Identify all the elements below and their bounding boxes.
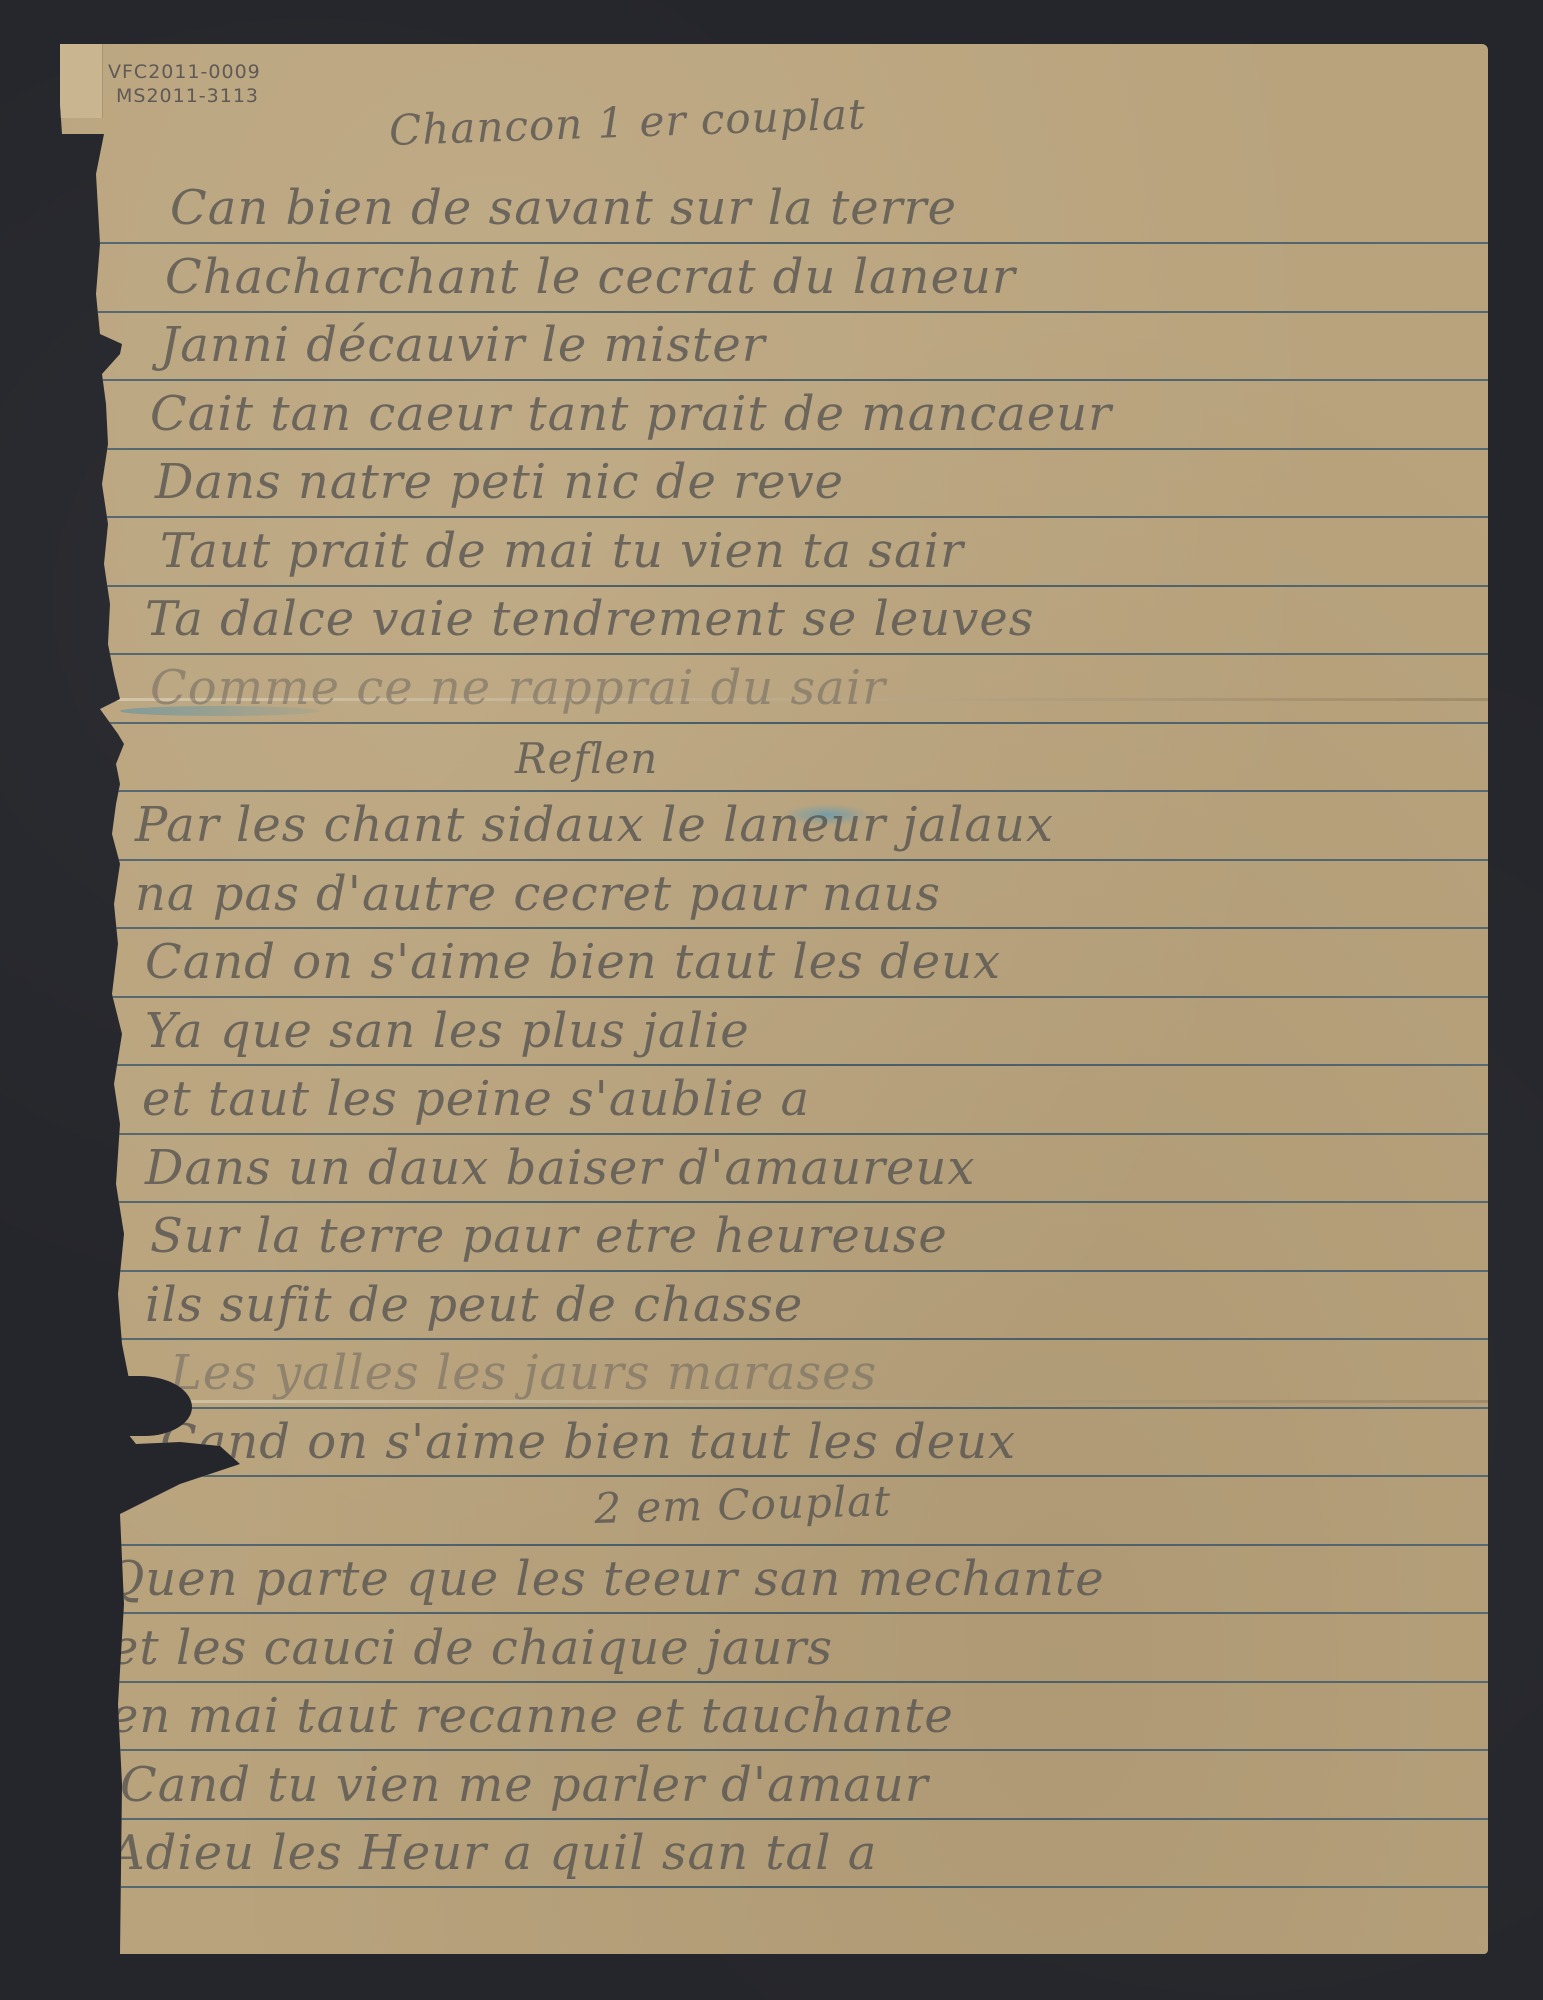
verse2-line-3: en mai taut recanne et tauchante — [110, 1688, 954, 1744]
refrain-line-6: Dans un daux baiser d'amaureux — [145, 1140, 975, 1196]
refrain-line-9: Les yalles les jaurs marases — [170, 1345, 877, 1401]
ruled-line — [60, 722, 1488, 724]
ruled-line — [60, 1338, 1488, 1340]
verse1-line-4: Cait tan caeur tant prait de mancaeur — [150, 386, 1112, 442]
refrain-line-7: Sur la terre paur etre heureuse — [150, 1208, 948, 1264]
ruled-line — [60, 927, 1488, 929]
verse1-line-2: Chacharchant le cecrat du laneur — [165, 249, 1016, 305]
verse2-line-2: et les cauci de chaique jaurs — [110, 1620, 833, 1676]
ruled-line — [60, 379, 1488, 381]
ruled-line — [60, 653, 1488, 655]
ruled-line — [60, 1544, 1488, 1546]
ruled-paper-sheet: VFC2011-0009 MS2011-3113 Chancon 1 er co… — [60, 44, 1488, 1954]
ruled-line — [60, 1201, 1488, 1203]
ruled-line — [60, 1133, 1488, 1135]
ruled-line — [60, 1612, 1488, 1614]
ruled-line — [60, 1270, 1488, 1272]
ruled-line — [60, 516, 1488, 518]
verse1-line-6: Taut prait de mai tu vien ta sair — [160, 523, 964, 579]
refrain-line-5: et taut les peine s'aublie a — [142, 1071, 810, 1127]
ruled-line — [60, 585, 1488, 587]
refrain-line-2: na pas d'autre cecret paur naus — [135, 866, 941, 922]
ruled-line — [60, 1475, 1488, 1477]
verse1-line-7: Ta dalce vaie tendrement se leuves — [145, 591, 1034, 647]
verse1-line-3: Janni décauvir le mister — [160, 317, 766, 373]
archive-id-ms: MS2011-3113 — [116, 86, 259, 107]
ruled-line — [60, 1681, 1488, 1683]
refrain-line-10: Cand on s'aime bien taut les deux — [160, 1414, 1016, 1470]
refrain-line-3: Cand on s'aime bien taut les deux — [145, 934, 1001, 990]
ruled-line — [60, 242, 1488, 244]
ruled-line — [60, 1064, 1488, 1066]
refrain-line-1: Par les chant sidaux le laneur jalaux — [135, 797, 1054, 853]
ruled-line — [60, 790, 1488, 792]
refrain-line-8: ils sufit de peut de chasse — [145, 1277, 803, 1333]
refrain-line-4: Ya que san les plus jalie — [145, 1003, 750, 1059]
verse1-line-8: Comme ce ne rapprai du sair — [150, 660, 886, 716]
verse1-line-1: Can bien de savant sur la terre — [170, 180, 957, 236]
ruled-line — [60, 1818, 1488, 1820]
folded-corner — [60, 44, 103, 118]
verse2-line-1: Quen parte que les teeur san mechante — [105, 1551, 1105, 1607]
verse1-line-5: Dans natre peti nic de reve — [155, 454, 844, 510]
refrain-heading: Reflen — [515, 734, 658, 783]
ruled-line — [60, 996, 1488, 998]
verse2-line-5: Adieu les Heur a quil san tal a — [110, 1825, 877, 1881]
song-title: Chancon 1 er couplat — [388, 89, 866, 155]
ruled-line — [60, 859, 1488, 861]
verse2-heading: 2 em Couplat — [594, 1476, 892, 1533]
ruled-line — [60, 311, 1488, 313]
verse2-line-4: Cand tu vien me parler d'amaur — [120, 1757, 929, 1813]
archive-id-vfc: VFC2011-0009 — [108, 62, 261, 83]
ruled-line — [60, 1886, 1488, 1888]
ruled-line — [60, 1407, 1488, 1409]
paper-tear-hole — [92, 1376, 192, 1436]
ruled-line — [60, 448, 1488, 450]
ruled-line — [60, 1749, 1488, 1751]
